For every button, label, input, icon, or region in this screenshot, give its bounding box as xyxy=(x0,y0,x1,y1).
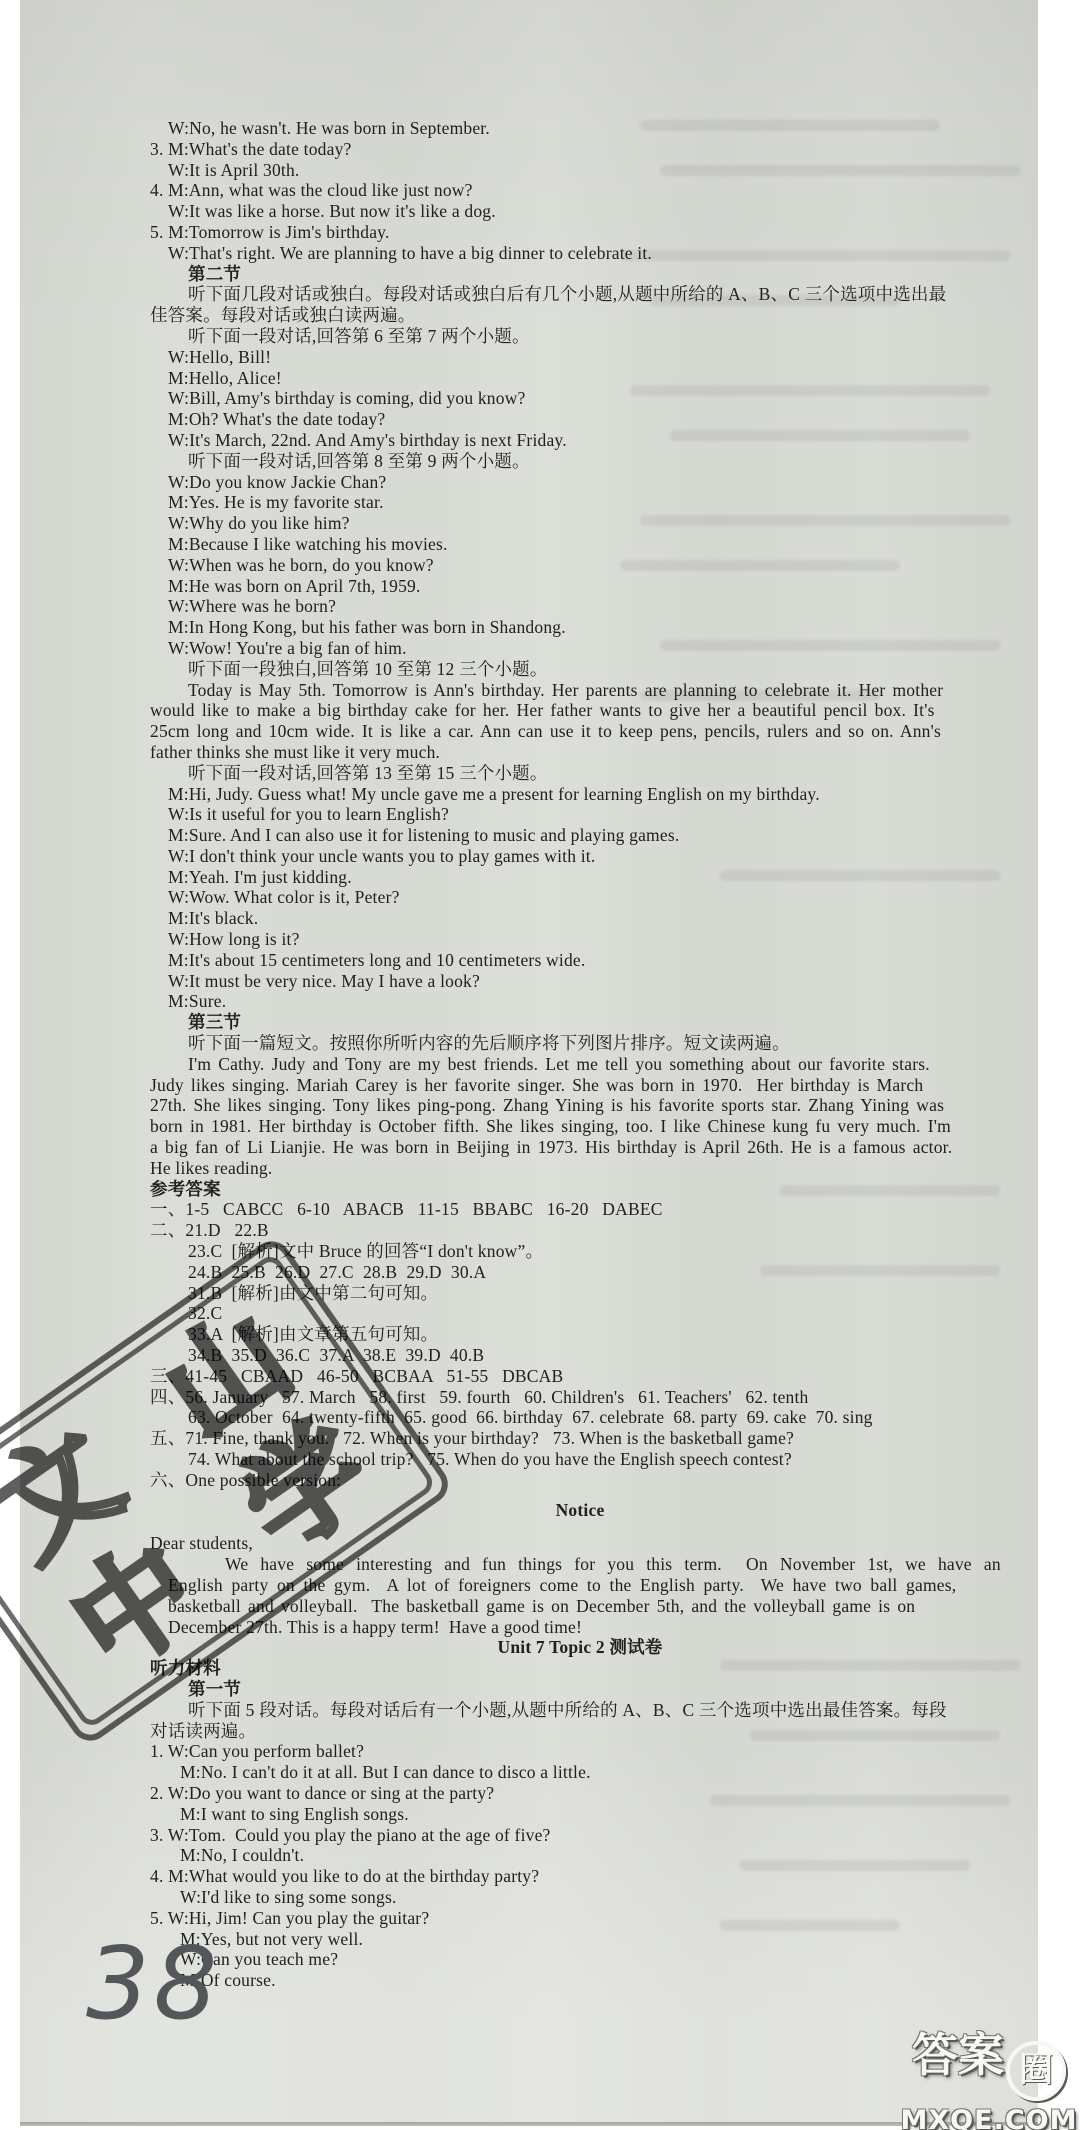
transcript-line: W:Why do you like him? xyxy=(168,513,1038,534)
transcript-line: 四、56. January 57. March 58. first 59. fo… xyxy=(150,1387,1038,1408)
transcript-line: 34.B 35.D 36.C 37.A 38.E 39.D 40.B xyxy=(188,1345,1038,1366)
transcript-line: W:It's March, 22nd. And Amy's birthday i… xyxy=(168,430,1038,451)
transcript-line: 27th. She likes singing. Tony likes ping… xyxy=(150,1095,1038,1116)
transcript-line: M:Hi, Judy. Guess what! My uncle gave me… xyxy=(168,784,1038,805)
transcript-line: 参考答案 xyxy=(150,1179,1038,1200)
transcript-line: born in 1981. Her birthday is October fi… xyxy=(150,1116,1038,1137)
spacer xyxy=(20,1520,1038,1533)
transcript-line: M:Yeah. I'm just kidding. xyxy=(168,867,1038,888)
transcript-line: M:No, I couldn't. xyxy=(180,1845,1038,1866)
transcript-line: He likes reading. xyxy=(150,1158,1038,1179)
transcript-line: Notice xyxy=(150,1500,1010,1521)
transcript-line: W:Do you know Jackie Chan? xyxy=(168,472,1038,493)
transcript-line: father thinks she must like it very much… xyxy=(150,742,1038,763)
transcript-line: 听下面 5 段对话。每段对话后有一个小题,从题中所给的 A、B、C 三个选项中选… xyxy=(188,1700,1038,1721)
transcript-line: 63. October 64. twenty-fifth 65. good 66… xyxy=(188,1407,1038,1428)
transcript-line: W:When was he born, do you know? xyxy=(168,555,1038,576)
transcript-line: 听下面一段独白,回答第 10 至第 12 三个小题。 xyxy=(188,659,1038,680)
transcript-line: 第一节 xyxy=(188,1679,1038,1700)
transcript-line: 31.B [解析]由文中第二句可知。 xyxy=(188,1283,1038,1304)
transcript-line: 六、One possible version: xyxy=(150,1470,1038,1491)
transcript-line: 24.B 25.B 26.D 27.C 28.B 29.D 30.A xyxy=(188,1262,1038,1283)
transcript-line: 4. M:What would you like to do at the bi… xyxy=(150,1866,1038,1887)
transcript-line: 4. M:Ann, what was the cloud like just n… xyxy=(150,180,1038,201)
transcript-line: W:No, he wasn't. He was born in Septembe… xyxy=(168,118,1038,139)
page-number: 38 xyxy=(86,1925,221,2042)
transcript-line: 三、41-45 CBAAD 46-50 BCBAA 51-55 DBCAB xyxy=(150,1366,1038,1387)
transcript-line: 佳答案。每段对话或独白读两遍。 xyxy=(150,305,1038,326)
transcript-line: 对话读两遍。 xyxy=(150,1721,1038,1742)
transcript-line: 听下面一段对话,回答第 13 至第 15 三个小题。 xyxy=(188,763,1038,784)
transcript-line: We have some interesting and fun things … xyxy=(225,1554,1038,1575)
transcript-line: 听力材料 xyxy=(150,1658,1038,1679)
transcript-line: 3. W:Tom. Could you play the piano at th… xyxy=(150,1825,1038,1846)
transcript-line: 听下面几段对话或独白。每段对话或独白后有几个小题,从题中所给的 A、B、C 三个… xyxy=(188,284,1038,305)
transcript-line: 74. What about the school trip? 75. When… xyxy=(188,1449,1038,1470)
transcript-line: M:It's black. xyxy=(168,908,1038,929)
transcript-line: 第二节 xyxy=(188,264,1038,285)
transcript-line: W:Is it useful for you to learn English? xyxy=(168,804,1038,825)
transcript-line: 5. M:Tomorrow is Jim's birthday. xyxy=(150,222,1038,243)
transcript-line: a big fan of Li Lianjie. He was born in … xyxy=(150,1137,1038,1158)
transcript-line: W:Can you teach me? xyxy=(180,1949,1038,1970)
transcript-line: English party on the gym. A lot of forei… xyxy=(168,1575,1038,1596)
transcript-line: 五、71. Fine, thank you. 72. When is your … xyxy=(150,1428,1038,1449)
transcript-line: W:I don't think your uncle wants you to … xyxy=(168,846,1038,867)
transcript-line: M:It's about 15 centimeters long and 10 … xyxy=(168,950,1038,971)
transcript-line: M:Because I like watching his movies. xyxy=(168,534,1038,555)
transcript-line: M:Yes, but not very well. xyxy=(180,1929,1038,1950)
transcript-line: W:Wow! You're a big fan of him. xyxy=(168,638,1038,659)
transcript-line: 听下面一段对话,回答第 6 至第 7 两个小题。 xyxy=(188,326,1038,347)
transcript-line: Judy likes singing. Mariah Carey is her … xyxy=(150,1075,1038,1096)
transcript-line: W:Bill, Amy's birthday is coming, did yo… xyxy=(168,388,1038,409)
transcript-line: M:Of course. xyxy=(180,1970,1038,1991)
transcript-line: W:It must be very nice. May I have a loo… xyxy=(168,971,1038,992)
transcript-line: M:No. I can't do it at all. But I can da… xyxy=(180,1762,1038,1783)
transcript-line: W:That's right. We are planning to have … xyxy=(168,243,1038,264)
transcript-line: M:He was born on April 7th, 1959. xyxy=(168,576,1038,597)
transcript-line: M:Oh? What's the date today? xyxy=(168,409,1038,430)
transcript-line: M:Yes. He is my favorite star. xyxy=(168,492,1038,513)
transcript-line: M:Hello, Alice! xyxy=(168,368,1038,389)
transcript-line: 23.C [解析]文中 Bruce 的回答“I don't know”。 xyxy=(188,1241,1038,1262)
transcript-line: W:It is April 30th. xyxy=(168,160,1038,181)
transcript-line: December 27th. This is a happy term! Hav… xyxy=(168,1617,1038,1638)
transcript-line: basketball and volleyball. The basketbal… xyxy=(168,1596,1038,1617)
transcript-line: 听下面一篇短文。按照你所听内容的先后顺序将下列图片排序。短文读两遍。 xyxy=(188,1033,1038,1054)
transcript-line: 听下面一段对话,回答第 8 至第 9 两个小题。 xyxy=(188,451,1038,472)
transcript-line: 3. M:What's the date today? xyxy=(150,139,1038,160)
transcript-line: M:Sure. And I can also use it for listen… xyxy=(168,825,1038,846)
transcript-line: W:It was like a horse. But now it's like… xyxy=(168,201,1038,222)
transcript-line: Today is May 5th. Tomorrow is Ann's birt… xyxy=(188,680,1038,701)
spacer xyxy=(20,1491,1038,1500)
transcript-line: W:Wow. What color is it, Peter? xyxy=(168,887,1038,908)
transcript-line: W:How long is it? xyxy=(168,929,1038,950)
transcript-line: 25cm long and 10cm wide. It is like a ca… xyxy=(150,721,1038,742)
transcript-line: 一、1-5 CABCC 6-10 ABACB 11-15 BBABC 16-20… xyxy=(150,1199,1038,1220)
transcript-line: 5. W:Hi, Jim! Can you play the guitar? xyxy=(150,1908,1038,1929)
transcript-line: Unit 7 Topic 2 测试卷 xyxy=(150,1637,1010,1658)
transcript-line: M:I want to sing English songs. xyxy=(180,1804,1038,1825)
transcript-line: 32.C xyxy=(188,1303,1038,1324)
transcript: W:No, he wasn't. He was born in Septembe… xyxy=(20,118,1038,1991)
transcript-line: M:In Hong Kong, but his father was born … xyxy=(168,617,1038,638)
scanned-page: W:No, he wasn't. He was born in Septembe… xyxy=(20,0,1038,2124)
transcript-line: Dear students, xyxy=(150,1533,1038,1554)
transcript-line: 2. W:Do you want to dance or sing at the… xyxy=(150,1783,1038,1804)
transcript-line: would like to make a big birthday cake f… xyxy=(150,700,1038,721)
transcript-line: I'm Cathy. Judy and Tony are my best fri… xyxy=(188,1054,1038,1075)
transcript-line: W:Hello, Bill! xyxy=(168,347,1038,368)
transcript-line: W:Where was he born? xyxy=(168,596,1038,617)
transcript-line: 33.A [解析]由文章第五句可知。 xyxy=(188,1324,1038,1345)
transcript-line: 二、21.D 22.B xyxy=(150,1220,1038,1241)
transcript-line: M:Sure. xyxy=(168,991,1038,1012)
transcript-line: W:I'd like to sing some songs. xyxy=(180,1887,1038,1908)
transcript-line: 第三节 xyxy=(188,1012,1038,1033)
transcript-line: 1. W:Can you perform ballet? xyxy=(150,1741,1038,1762)
